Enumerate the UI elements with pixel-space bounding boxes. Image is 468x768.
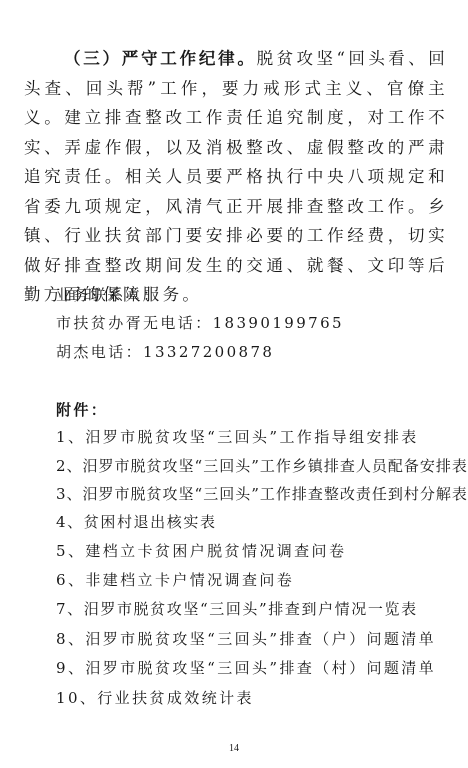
section-heading: （三）严守工作纪律。	[64, 49, 257, 68]
page-number: 14	[0, 743, 468, 754]
document-page: （三）严守工作纪律。脱贫攻坚“回头看、回头查、回头帮”工作，要力戒形式主义、官僚…	[0, 0, 468, 768]
attachment-item: 7、汨罗市脱贫攻坚“三回头”排查到户情况一览表	[56, 599, 418, 619]
attachment-item: 2、汨罗市脱贫攻坚“三回头”工作乡镇排查人员配备安排表	[56, 456, 468, 476]
attachment-item: 10、行业扶贫成效统计表	[56, 688, 254, 708]
contact-item: 胡杰电话：13327200878	[56, 342, 274, 362]
attachment-item: 9、汨罗市脱贫攻坚“三回头”排查（村）问题清单	[56, 658, 436, 678]
attachment-item: 8、汨罗市脱贫攻坚“三回头”排查（户）问题清单	[56, 629, 436, 649]
section-body: 脱贫攻坚“回头看、回头查、回头帮”工作，要力戒形式主义、官僚主义。建立排查整改工…	[24, 49, 448, 304]
contact-item: 市扶贫办胥无电话：18390199765	[56, 313, 344, 333]
discipline-paragraph: （三）严守工作纪律。脱贫攻坚“回头看、回头查、回头帮”工作，要力戒形式主义、官僚…	[24, 44, 448, 310]
attachment-item: 3、汨罗市脱贫攻坚“三回头”工作排查整改责任到村分解表	[56, 484, 468, 504]
attachment-item: 6、非建档立卡户情况调查问卷	[56, 570, 294, 590]
contacts-label: 业务联系人：	[56, 285, 160, 305]
attachment-item: 5、建档立卡贫困户脱贫情况调查问卷	[56, 541, 346, 561]
attachments-label: 附件：	[56, 400, 108, 420]
attachment-item: 4、贫困村退出核实表	[56, 512, 217, 532]
attachment-item: 1、汨罗市脱贫攻坚“三回头”工作指导组安排表	[56, 427, 419, 447]
